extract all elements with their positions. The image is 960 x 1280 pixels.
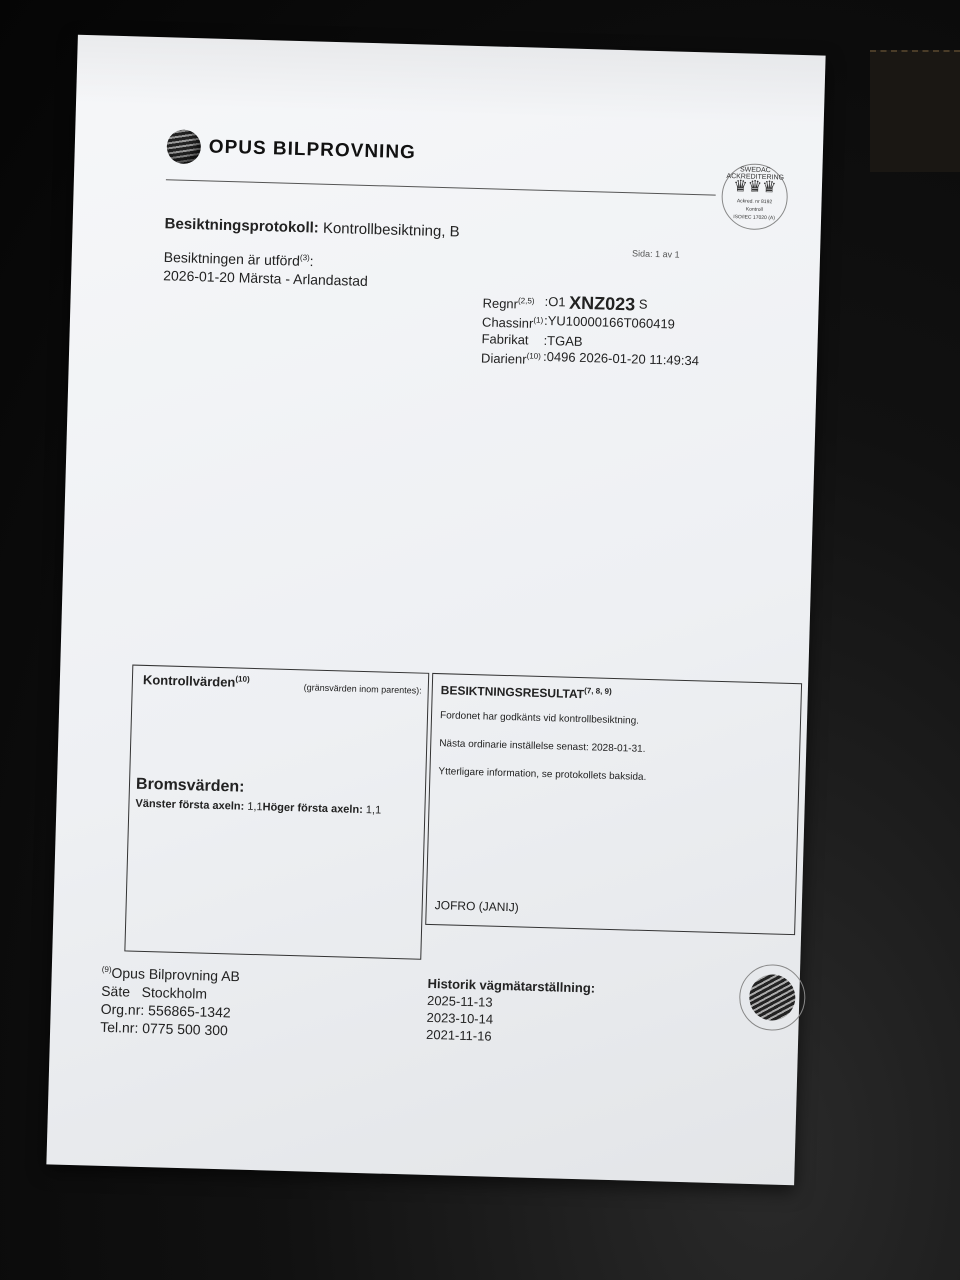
performed-colon: : bbox=[309, 253, 313, 269]
odometer-date: 2021-11-16 bbox=[426, 1026, 594, 1048]
control-values-subtitle: (gränsvärden inom parentes): bbox=[304, 682, 422, 695]
brand-logo: OPUS BILPROVNING bbox=[166, 129, 416, 170]
right-axle-value: 1,1 bbox=[363, 804, 382, 817]
brake-values: Vänster första axeln: 1,1Höger första ax… bbox=[135, 798, 381, 817]
diarienr-footnote: (10) bbox=[527, 351, 541, 360]
brake-values-heading: Bromsvärden: bbox=[136, 776, 245, 797]
manufacturer: :TGAB bbox=[543, 333, 582, 350]
seal-ring-text: SWEDAC ACKREDITERING bbox=[723, 166, 787, 182]
page-total: 1 bbox=[674, 250, 679, 260]
performed-footnote: (3) bbox=[300, 253, 310, 262]
seal-line-3: ISO/IEC 17020 (A) bbox=[722, 214, 786, 222]
page-label: Sida: bbox=[632, 248, 653, 259]
inspection-result-box: BESIKTNINGSRESULTAT(7, 8, 9) Fordonet ha… bbox=[425, 673, 802, 935]
page-number: 1 bbox=[655, 249, 660, 259]
protocol-title: Besiktningsprotokoll: Kontrollbesiktning… bbox=[164, 215, 459, 240]
seal-line-1: Ackred. nr 8192 bbox=[722, 198, 786, 206]
paper-fold-shadow bbox=[76, 35, 826, 126]
regnr-label: Regnr bbox=[482, 296, 518, 312]
right-axle-label: Höger första axeln: bbox=[262, 801, 363, 816]
regnr-footnote: (2,5) bbox=[518, 296, 535, 305]
regnr-prefix: :O1 bbox=[544, 294, 566, 314]
inspection-protocol-paper: OPUS BILPROVNING SWEDAC ACKREDITERING ♛♛… bbox=[46, 35, 825, 1185]
left-axle-label: Vänster första axeln: bbox=[135, 798, 244, 813]
left-axle-value: 1,1 bbox=[244, 801, 263, 814]
performed-label: Besiktningen är utförd bbox=[164, 249, 301, 269]
odometer-history: Historik vägmätarställning: 2025-11-13 2… bbox=[426, 975, 595, 1048]
company-info: (9)Opus Bilprovning AB Säte Stockholm Or… bbox=[100, 961, 240, 1039]
company-footnote: (9) bbox=[102, 965, 112, 974]
climate-globe-icon bbox=[749, 974, 796, 1021]
performed-info: Besiktningen är utförd(3): 2026-01-20 Mä… bbox=[163, 245, 369, 289]
protocol-title-bold: Besiktningsprotokoll: bbox=[164, 215, 319, 236]
chassinr-footnote: (1) bbox=[533, 316, 543, 325]
swedac-accreditation-seal: SWEDAC ACKREDITERING ♛♛♛ Ackred. nr 8192… bbox=[721, 163, 789, 231]
company-name: Opus Bilprovning AB bbox=[111, 965, 240, 985]
control-values-box: Kontrollvärden(10) (gränsvärden inom par… bbox=[124, 665, 429, 960]
car-seat-edge bbox=[870, 50, 960, 172]
chassinr-label: Chassinr bbox=[482, 315, 534, 331]
diarienr-label: Diarienr bbox=[481, 350, 527, 366]
result-next-inspection: Nästa ordinarie inställelse senast: 2028… bbox=[439, 738, 645, 755]
inspector-signature: JOFRO (JANIJ) bbox=[435, 898, 519, 914]
result-more-info: Ytterligare information, se protokollets… bbox=[438, 766, 646, 783]
globe-icon bbox=[166, 129, 201, 164]
vehicle-info: Regnr(2,5) :O1 XNZ023 S Chassinr(1) :YU1… bbox=[481, 292, 701, 372]
fabrikat-label: Fabrikat bbox=[481, 331, 543, 349]
diary-number: :0496 2026-01-20 11:49:34 bbox=[543, 349, 699, 373]
seal-line-2: Kontroll bbox=[722, 206, 786, 214]
header-divider bbox=[166, 179, 716, 195]
result-heading: BESIKTNINGSRESULTAT(7, 8, 9) bbox=[441, 682, 612, 702]
registration-number: XNZ023 bbox=[569, 295, 636, 316]
regnr-suffix: S bbox=[639, 297, 648, 317]
page-indicator: Sida: 1 av 1 bbox=[632, 248, 680, 259]
company-phone: Tel.nr: 0775 500 300 bbox=[100, 1017, 239, 1039]
page-of: av bbox=[662, 249, 672, 259]
result-approved: Fordonet har godkänts vid kontrollbesikt… bbox=[440, 710, 639, 727]
control-values-heading: Kontrollvärden(10) bbox=[143, 672, 250, 690]
climate-compensation-badge bbox=[738, 964, 806, 1032]
brand-name: OPUS BILPROVNING bbox=[209, 136, 417, 164]
protocol-title-type: Kontrollbesiktning, B bbox=[319, 220, 460, 241]
